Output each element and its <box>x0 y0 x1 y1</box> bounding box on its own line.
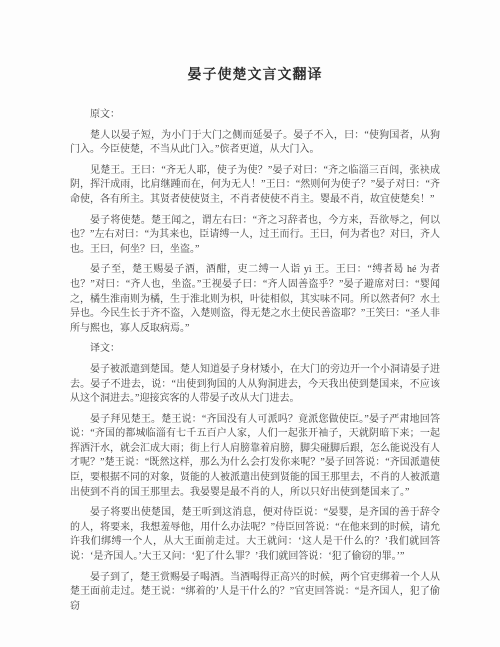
page-title: 晏子使楚文言文翻译 <box>70 64 440 84</box>
original-paragraph-3: 晏子将使楚。楚王闻之，谓左右曰：“齐之习辞者也，今方来，吾欲辱之，何以也？”左右… <box>70 214 440 258</box>
translation-paragraph-4: 晏子到了，楚王赏赐晏子喝酒。当酒喝得正高兴的时候，两个官吏绑着一个人从楚王面前走… <box>70 571 440 615</box>
original-paragraph-4: 晏子至，楚王赐晏子酒，酒酣，吏二缚一人诣 yì 王。王曰：“缚者曷 hé 为者也… <box>70 263 440 336</box>
section-label-translation: 译文： <box>70 342 440 357</box>
translation-paragraph-2: 晏子拜见楚王。楚王说：“齐国没有人可派吗？竟派您做使臣。”晏子严肃地回答说：“齐… <box>70 413 440 501</box>
section-label-original-text: 原文： <box>70 108 440 123</box>
translation-paragraph-3: 晏子将要出使楚国，楚王听到这消息，便对侍臣说：“晏婴，是齐国的善于辞令的人，将要… <box>70 506 440 564</box>
original-paragraph-2: 见楚王。王曰：“齐无人耶，使子为使？”晏子对曰：“齐之临淄三百闾，张袂成阴，挥汗… <box>70 164 440 208</box>
document-page: 晏子使楚文言文翻译 原文： 楚人以晏子短，为小门于大门之侧而延晏子。晏子不入，曰… <box>0 0 500 647</box>
original-paragraph-1: 楚人以晏子短，为小门于大门之侧而延晏子。晏子不入，曰：“使狗国者，从狗门入。今臣… <box>70 129 440 158</box>
translation-paragraph-1: 晏子被派遣到楚国。楚人知道晏子身材矮小，在大门的旁边开一个小洞请晏子进去。晏子不… <box>70 363 440 407</box>
